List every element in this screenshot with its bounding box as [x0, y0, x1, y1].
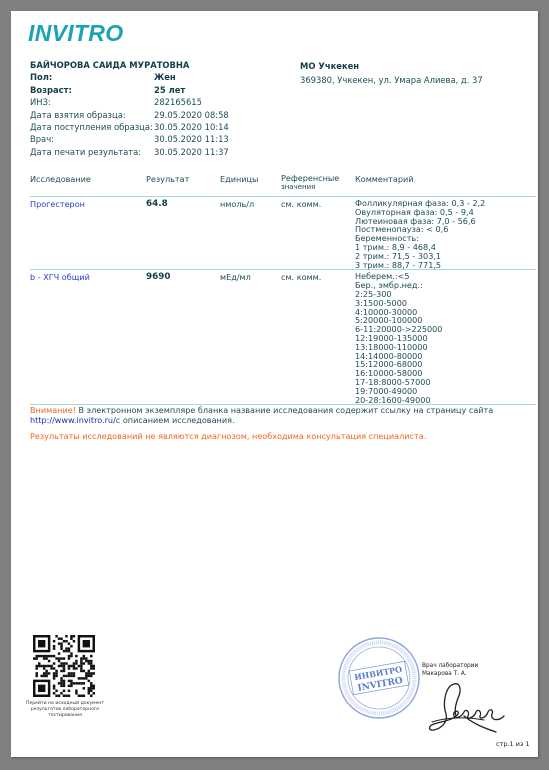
- patient-field-label: Врач:: [30, 133, 154, 145]
- patient-field: Дата поступления образца:30.05.2020 10:1…: [30, 121, 229, 133]
- header-test: Исследование: [30, 174, 146, 196]
- patient-field-label: Дата поступления образца:: [30, 121, 154, 133]
- patient-field: Дата взятия образца:29.05.2020 08:58: [30, 109, 229, 121]
- invitro-logo: INVITRO: [28, 20, 123, 47]
- patient-info: БАЙЧОРОВА САИДА МУРАТОВНА Пол:ЖенВозраст…: [30, 59, 229, 158]
- organization-address: 369380, Учкекен, ул. Умара Алиева, д. 37: [300, 73, 483, 87]
- patient-field-label: Дата взятия образца:: [30, 109, 154, 121]
- notice-text: Внимание! В электронном экземпляре бланк…: [30, 406, 536, 425]
- header-result: Результат: [146, 174, 220, 196]
- header-reference: Референсные значения: [281, 174, 355, 196]
- table-row: Прогестерон64.8нмоль/лсм. комм.Фолликуля…: [30, 197, 536, 270]
- doctor-signature: [424, 676, 514, 736]
- units: нмоль/л: [220, 199, 281, 269]
- patient-field-value: 29.05.2020 08:58: [154, 109, 229, 121]
- notice-warning: Внимание!: [30, 405, 76, 415]
- patient-field: Возраст:25 лет: [30, 84, 229, 96]
- lab-stamp: ИНВИТРО INVITRO: [337, 636, 421, 720]
- result-value: 64.8: [146, 199, 220, 269]
- organization-info: МО Учкекен 369380, Учкекен, ул. Умара Ал…: [300, 59, 483, 87]
- lab-report-page: INVITRO БАЙЧОРОВА САИДА МУРАТОВНА Пол:Же…: [11, 11, 538, 757]
- patient-field: Врач:30.05.2020 11:13: [30, 133, 229, 145]
- patient-field-label: Дата печати результата:: [30, 146, 154, 158]
- patient-field-value: Жен: [154, 71, 176, 83]
- qr-code[interactable]: [33, 635, 95, 697]
- patient-field-value: 282165615: [154, 96, 202, 108]
- patient-field-value: 30.05.2020 10:14: [154, 121, 229, 133]
- comment: Фолликулярная фаза: 0,3 - 2,2Овуляторная…: [355, 199, 536, 269]
- comment-line: 20-28:1600-49000: [355, 396, 536, 405]
- result-value: 9690: [146, 272, 220, 404]
- header-units: Единицы: [220, 174, 281, 196]
- test-name-link[interactable]: Прогестерон: [30, 199, 146, 269]
- patient-field: ИНЗ:282165615: [30, 96, 229, 108]
- patient-field: Пол:Жен: [30, 71, 229, 83]
- patient-field-value: 30.05.2020 11:37: [154, 146, 229, 158]
- patient-field-label: Возраст:: [30, 84, 154, 96]
- patient-field-label: Пол:: [30, 71, 154, 83]
- page-number: стр.1 из 1: [496, 740, 530, 748]
- header-comment: Комментарий: [355, 174, 536, 196]
- qr-caption: Перейти на исходный документ результатов…: [25, 701, 105, 719]
- results-table: Исследование Результат Единицы Референсн…: [30, 174, 536, 405]
- table-row: b - ХГЧ общий9690мЕд/млсм. комм.Неберем.…: [30, 270, 536, 405]
- disclaimer: Результаты исследований не являются диаг…: [30, 431, 426, 441]
- comment: Неберем.:<5Бер., эмбр.нед.:2:25-3003:150…: [355, 272, 536, 404]
- invitro-site-link[interactable]: http://www.invitro.ru/: [30, 415, 116, 425]
- comment-line: 3 трим.: 88,7 - 771,5: [355, 261, 536, 270]
- units: мЕд/мл: [220, 272, 281, 404]
- reference-values: см. комм.: [281, 272, 355, 404]
- patient-field-value: 30.05.2020 11:13: [154, 133, 229, 145]
- patient-name: БАЙЧОРОВА САИДА МУРАТОВНА: [30, 59, 229, 71]
- doctor-title: Врач лаборатории: [422, 663, 478, 671]
- patient-field-value: 25 лет: [154, 84, 185, 96]
- results-table-header: Исследование Результат Единицы Референсн…: [30, 174, 536, 197]
- patient-field-label: ИНЗ:: [30, 96, 154, 108]
- patient-field: Дата печати результата:30.05.2020 11:37: [30, 146, 229, 158]
- organization-name: МО Учкекен: [300, 59, 483, 73]
- reference-values: см. комм.: [281, 199, 355, 269]
- test-name-link[interactable]: b - ХГЧ общий: [30, 272, 146, 404]
